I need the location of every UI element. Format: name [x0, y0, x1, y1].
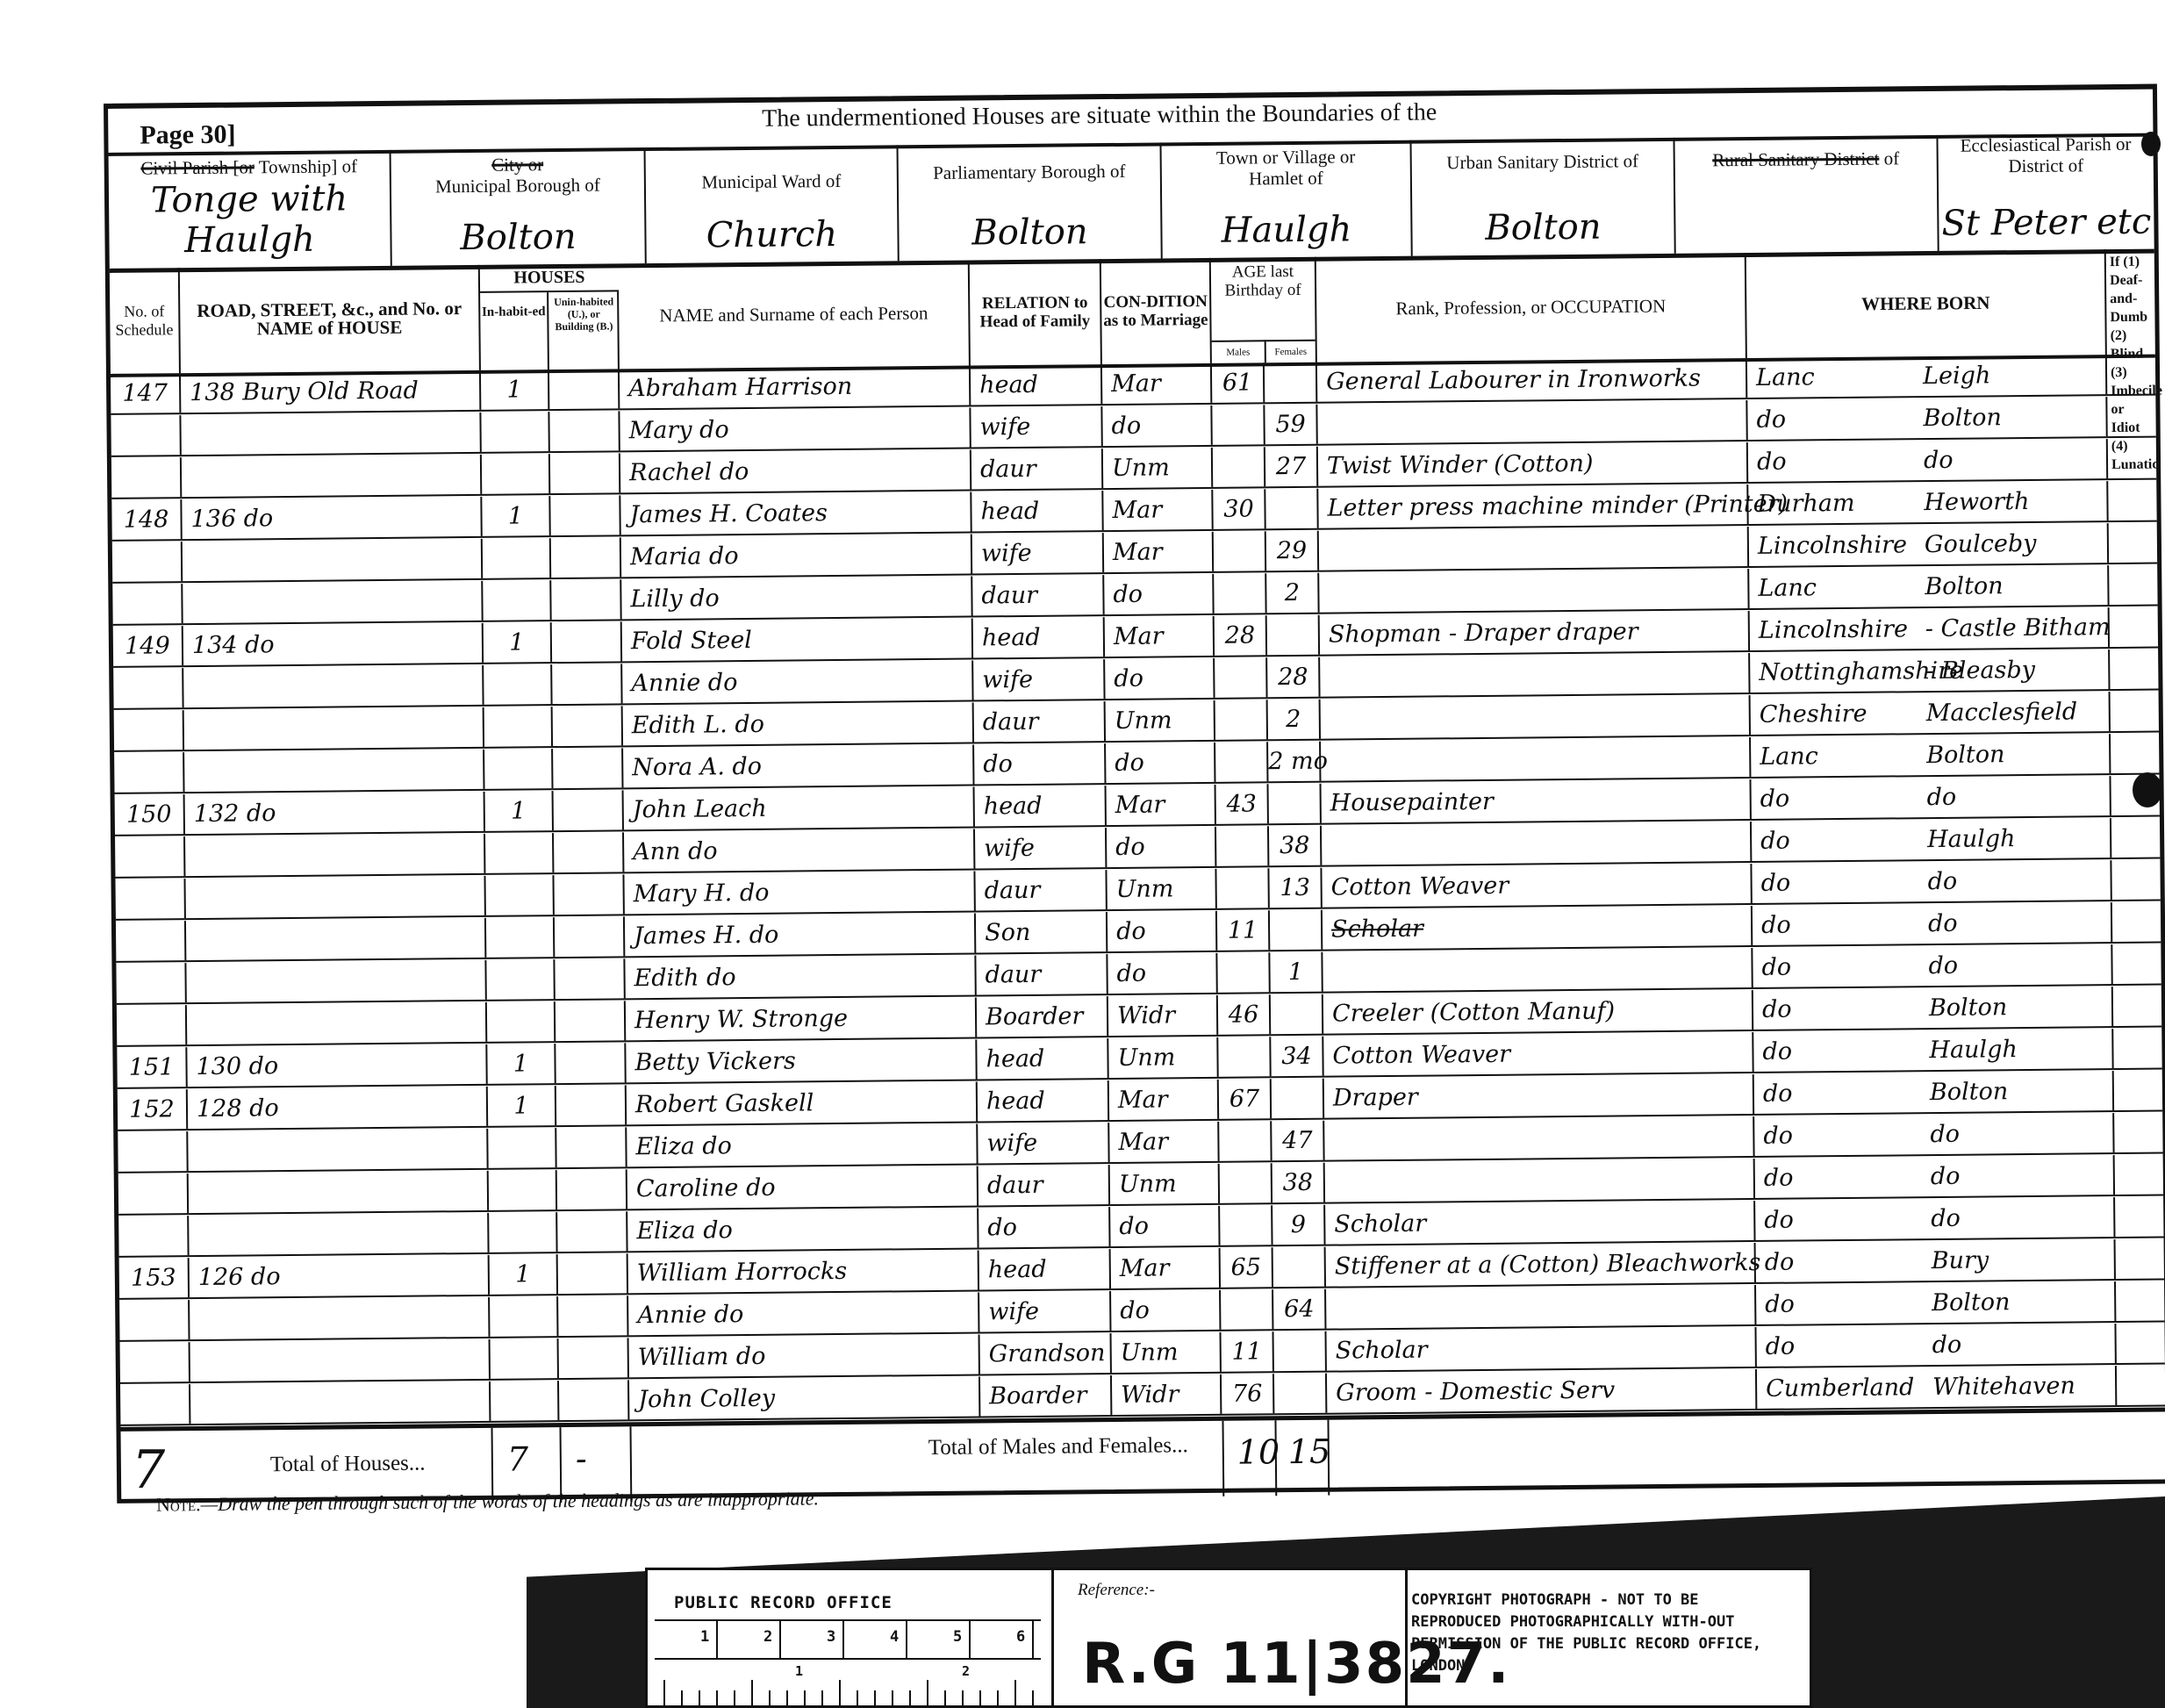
cell-road: [186, 918, 486, 960]
cell-condition: Mar: [1102, 363, 1212, 404]
ruler-number: 1: [700, 1628, 709, 1646]
cell-occupation: [1325, 1159, 1755, 1202]
cell-born-county: do: [1753, 1030, 1920, 1072]
cell-inhabited: [489, 1212, 557, 1252]
cell-born-place: Heworth: [1915, 481, 2108, 522]
cell-condition: Unm: [1112, 1332, 1222, 1373]
cell-condition: do: [1102, 405, 1212, 446]
header-road: ROAD, STREET, &c., and No. or NAME of HO…: [180, 265, 481, 373]
admin-label: Township] of: [259, 155, 358, 177]
admin-municipal-ward: Municipal Ward of Church: [646, 145, 900, 263]
cell-schedule: [113, 668, 183, 708]
cell-relation: head: [979, 1249, 1111, 1289]
ruler-number: 3: [827, 1628, 835, 1646]
cell-name: Nora A. do: [623, 745, 974, 788]
cell-born-place: Bolton: [1920, 987, 2113, 1028]
cell-female-age: [1267, 615, 1320, 656]
ruler-minor-tick: [716, 1690, 718, 1706]
cell-infirmity: [2111, 692, 2159, 732]
cell-schedule: [112, 584, 183, 624]
admin-label: of: [1884, 147, 1900, 169]
cell-inhabited: [489, 1170, 557, 1210]
ruler-minor-tick: [769, 1690, 771, 1706]
cell-uninhabited: [552, 621, 622, 662]
cell-inhabited: [486, 917, 555, 958]
cell-schedule: [119, 1300, 190, 1340]
cell-condition: do: [1108, 911, 1217, 951]
cell-occupation: Stiffener at a (Cotton) Bleachworks: [1326, 1243, 1756, 1287]
cell-inhabited: [490, 1296, 558, 1337]
cell-infirmity: [2110, 607, 2158, 648]
cell-relation: Son: [976, 912, 1108, 952]
cell-condition: do: [1107, 827, 1216, 867]
cell-born-county: Cumberland: [1757, 1367, 1924, 1409]
cell-road: 128 do: [188, 1087, 488, 1129]
cell-female-age: 59: [1265, 405, 1317, 445]
cell-infirmity: [2115, 1197, 2163, 1238]
cell-relation: wife: [978, 1123, 1109, 1163]
cell-born-place: - Castle Bitham: [1917, 607, 2110, 649]
cell-relation: Grandson: [980, 1333, 1112, 1374]
cell-born-place: do: [1915, 439, 2108, 480]
cell-uninhabited: [550, 453, 620, 493]
ruler-sub-number: 2: [962, 1663, 970, 1679]
ruler-tick: [779, 1621, 781, 1658]
admin-town-village: Town or Village or Hamlet of Haulgh: [1161, 140, 1412, 259]
cell-born-place: Macclesfield: [1918, 692, 2111, 733]
admin-value: Church: [646, 213, 897, 256]
cell-uninhabited: [556, 1085, 627, 1125]
admin-label: Town or Village or Hamlet of: [1162, 146, 1410, 190]
cell-relation: daur: [976, 954, 1108, 994]
cell-inhabited: 1: [485, 791, 554, 831]
cell-name: Edith L. do: [623, 703, 974, 746]
cell-infirmity: [2111, 776, 2159, 816]
cell-relation: Boarder: [980, 1375, 1112, 1416]
cell-road: [190, 1381, 491, 1424]
cell-born-place: do: [1918, 860, 2111, 901]
cell-infirmity: [2111, 860, 2160, 901]
cell-uninhabited: [553, 748, 623, 788]
cell-relation: daur: [974, 701, 1106, 742]
cell-born-county: do: [1747, 398, 1914, 440]
cell-female-age: [1265, 362, 1317, 403]
cell-infirmity: [2109, 565, 2157, 606]
cell-female-age: [1274, 1374, 1327, 1414]
cell-road: [187, 1002, 487, 1044]
admin-label: Municipal Ward of: [646, 169, 897, 193]
cell-female-age: 2: [1266, 573, 1319, 614]
ruler-minor-tick: [1014, 1680, 1016, 1706]
cell-relation: daur: [971, 449, 1103, 489]
cell-road: 138 Bury Old Road: [181, 370, 481, 413]
cell-male-age: [1215, 657, 1267, 698]
cell-relation: head: [971, 364, 1102, 405]
cell-condition: Mar: [1109, 1080, 1219, 1120]
cell-male-age: 65: [1221, 1247, 1273, 1288]
cell-female-age: [1271, 994, 1323, 1035]
cell-uninhabited: [558, 1253, 628, 1294]
cell-name: Eliza do: [627, 1123, 978, 1166]
total-houses-inhabited: 7: [507, 1439, 529, 1478]
cell-name: John Leach: [624, 787, 975, 830]
cell-road: [183, 665, 484, 707]
admin-rural-sanitary: Rural Sanitary District of: [1674, 135, 1939, 254]
total-houses-uninhabited: -: [576, 1439, 587, 1478]
cell-inhabited: [485, 833, 554, 873]
cell-female-age: 13: [1269, 868, 1322, 908]
cell-born-place: Bolton: [1916, 565, 2109, 606]
cell-born-county: do: [1756, 1241, 1923, 1282]
cell-name: Mary H. do: [624, 872, 975, 915]
cell-born-county: do: [1748, 441, 1915, 482]
cell-relation: daur: [972, 575, 1104, 615]
cell-schedule: [115, 836, 185, 877]
admin-label-struck: Rural Sanitary District: [1712, 148, 1879, 171]
cell-female-age: 28: [1267, 657, 1320, 698]
cell-female-age: 9: [1272, 1205, 1325, 1245]
cell-occupation: [1321, 737, 1751, 781]
header-age: AGE last Birthday of Males Females: [1211, 257, 1317, 363]
cell-born-county: Durham: [1748, 483, 1915, 524]
header-condition: CON-DITION as to Marriage: [1101, 258, 1212, 364]
admin-value: Bolton: [391, 216, 644, 259]
ruler-subscale: 12: [655, 1658, 1041, 1706]
scale-ruler: 12 123456: [655, 1619, 1041, 1704]
ruler-tick: [1032, 1621, 1034, 1658]
cell-uninhabited: [550, 495, 620, 535]
cell-schedule: [111, 415, 181, 456]
ruler-minor-tick: [857, 1690, 858, 1706]
cell-condition: Unm: [1103, 448, 1213, 488]
cell-relation: do: [974, 743, 1106, 784]
cell-male-age: [1217, 952, 1270, 993]
cell-born-place: do: [1919, 902, 2112, 944]
cell-uninhabited: [554, 790, 624, 830]
cell-inhabited: 1: [487, 1044, 556, 1084]
cell-occupation: [1322, 822, 1752, 865]
cell-infirmity: [2108, 481, 2156, 521]
cell-infirmity: [2113, 1029, 2161, 1069]
admin-value: Haulgh: [1162, 209, 1410, 252]
cell-inhabited: 1: [488, 1086, 556, 1126]
cell-name: Mary do: [620, 408, 971, 451]
total-males: 10: [1237, 1432, 1280, 1471]
cell-born-place: Haulgh: [1920, 1029, 2113, 1070]
cell-road: [182, 455, 482, 497]
cell-inhabited: [481, 412, 549, 452]
cell-occupation: Housepainter: [1322, 779, 1752, 823]
cell-name: Rachel do: [620, 450, 971, 493]
cell-female-age: 2 mo: [1268, 742, 1321, 782]
cell-uninhabited: [558, 1295, 628, 1336]
admin-value: Bolton: [1412, 206, 1674, 249]
cell-relation: wife: [972, 533, 1104, 573]
cell-condition: do: [1111, 1290, 1221, 1331]
cell-born-place: Whitehaven: [1924, 1366, 2117, 1407]
cell-road: [189, 1171, 489, 1213]
admin-parliamentary-borough: Parliamentary Borough of Bolton: [898, 142, 1162, 261]
cell-name: Fold Steel: [622, 619, 973, 662]
cell-born-county: do: [1755, 1199, 1922, 1240]
cell-born-place: - Bleasby: [1917, 649, 2110, 691]
cell-born-county: do: [1755, 1157, 1922, 1198]
cell-male-age: [1220, 1163, 1272, 1203]
admin-value: [1676, 244, 1938, 247]
cell-born-place: do: [1922, 1155, 2115, 1196]
census-sheet: Page 30] The undermentioned Houses are s…: [104, 84, 2165, 1503]
ruler-number: 5: [953, 1628, 962, 1646]
census-entries: 147138 Bury Old Road1Abraham Harrisonhea…: [111, 355, 2165, 1427]
cell-born-place: Bolton: [1921, 1071, 2114, 1112]
cell-schedule: [112, 542, 183, 582]
cell-female-age: [1273, 1247, 1326, 1288]
cell-schedule: [118, 1131, 188, 1172]
cell-road: [184, 707, 484, 750]
cell-name: Robert Gaskell: [627, 1081, 978, 1124]
cell-inhabited: [491, 1381, 559, 1421]
cell-uninhabited: [554, 832, 624, 872]
cell-born-place: Haulgh: [1918, 818, 2111, 859]
ruler-minor-tick: [699, 1690, 700, 1706]
cell-road: [185, 876, 485, 918]
cell-condition: Unm: [1107, 869, 1216, 909]
cell-uninhabited: [556, 1127, 627, 1167]
ruler-tick: [716, 1621, 718, 1658]
header-females: Females: [1266, 340, 1315, 363]
header-age-label: AGE last Birthday of: [1211, 262, 1315, 300]
cell-condition: do: [1104, 574, 1214, 614]
ruler-minor-tick: [997, 1690, 999, 1706]
cell-infirmity: [2116, 1281, 2164, 1322]
cell-born-place: do: [1921, 1113, 2114, 1154]
cell-male-age: [1215, 700, 1268, 740]
cell-occupation: [1323, 948, 1753, 992]
cell-uninhabited: [559, 1380, 629, 1420]
cell-infirmity: [2112, 902, 2161, 943]
cell-inhabited: [483, 538, 551, 578]
cell-born-county: do: [1751, 778, 1918, 819]
cell-uninhabited: [551, 537, 621, 578]
cell-uninhabited: [553, 706, 623, 746]
header-relation: RELATION to Head of Family: [970, 259, 1102, 365]
reference-label: Reference:-: [1078, 1581, 1155, 1600]
header-houses: HOUSES In-habit-ed Unin-habited (U.), or…: [480, 263, 620, 370]
admin-value: Tonge with Haulgh: [109, 178, 391, 262]
header-schedule: No. of Schedule: [110, 268, 181, 374]
cell-female-age: 1: [1270, 952, 1323, 993]
cell-born-county: Lanc: [1747, 356, 1914, 398]
cell-infirmity: [2117, 1366, 2165, 1406]
cell-male-age: [1218, 1037, 1271, 1077]
cell-born-county: Lanc: [1751, 736, 1918, 777]
total-persons-label: Total of Males and Females...: [928, 1433, 1188, 1460]
cell-born-county: do: [1752, 862, 1918, 903]
cell-male-age: 46: [1218, 994, 1271, 1035]
footnote-prefix: Note.: [156, 1493, 201, 1515]
ruler-number: 4: [890, 1628, 899, 1646]
admin-label: Parliamentary Borough of: [899, 160, 1160, 183]
cell-male-age: [1216, 868, 1269, 908]
cell-infirmity: [2107, 355, 2155, 395]
cell-infirmity: [2107, 397, 2155, 437]
cell-relation: wife: [975, 828, 1107, 868]
ruler-minor-tick: [663, 1680, 665, 1706]
cell-uninhabited: [551, 579, 621, 620]
cell-inhabited: [484, 707, 553, 747]
ruler-number: 2: [763, 1628, 772, 1646]
ruler-minor-tick: [681, 1690, 683, 1706]
cell-occupation: Scholar: [1325, 1201, 1755, 1245]
cell-condition: Mar: [1103, 490, 1213, 530]
ruler-minor-tick: [1032, 1690, 1034, 1706]
cell-relation: head: [975, 786, 1107, 826]
admin-municipal-borough: City orMunicipal Borough of Bolton: [391, 147, 647, 266]
cell-male-age: [1214, 573, 1266, 614]
cell-born-place: Leigh: [1914, 355, 2107, 396]
cell-female-age: 27: [1265, 447, 1318, 487]
cell-relation: head: [977, 1038, 1108, 1079]
cell-occupation: [1321, 695, 1751, 739]
cell-female-age: 2: [1268, 700, 1321, 740]
ruler-minor-tick: [909, 1690, 911, 1706]
cell-occupation: Letter press machine minder (Printer): [1318, 484, 1748, 528]
cell-born-county: Lincolnshire: [1749, 525, 1916, 566]
total-houses-label: Total of Houses...: [270, 1452, 426, 1478]
cell-schedule: [120, 1342, 190, 1382]
boundary-title: The undermentioned Houses are situate wi…: [762, 98, 1437, 133]
cell-infirmity: [2108, 439, 2156, 479]
cell-relation: wife: [979, 1291, 1111, 1331]
cell-uninhabited: [557, 1211, 627, 1252]
admin-value: Bolton: [899, 211, 1160, 254]
ruler-minor-tick: [979, 1690, 981, 1706]
cell-schedule: 151: [117, 1047, 187, 1087]
cell-born-county: do: [1754, 1073, 1921, 1114]
cell-born-county: do: [1756, 1283, 1923, 1324]
cell-schedule: 153: [119, 1258, 190, 1298]
cell-uninhabited: [559, 1338, 629, 1378]
cell-name: Edith do: [625, 955, 976, 998]
cell-road: [190, 1339, 491, 1381]
cell-infirmity: [2114, 1113, 2162, 1153]
cell-uninhabited: [552, 664, 622, 704]
cell-born-place: do: [1919, 944, 2112, 986]
copyright-notice: COPYRIGHT PHOTOGRAPH - NOT TO BE REPRODU…: [1411, 1590, 1797, 1677]
cell-schedule: [120, 1384, 190, 1425]
cell-occupation: Cotton Weaver: [1323, 1032, 1753, 1076]
admin-township: Civil Parish [or Township] of Tonge with…: [109, 150, 392, 269]
cell-relation: head: [971, 491, 1103, 531]
cell-road: [185, 834, 485, 876]
header-houses-label: HOUSES: [480, 263, 619, 293]
cell-born-county: do: [1753, 988, 1920, 1030]
admin-value: St Peter etc: [1939, 202, 2154, 244]
cell-infirmity: [2111, 818, 2160, 858]
cell-condition: Mar: [1105, 616, 1215, 657]
cell-occupation: [1326, 1285, 1756, 1329]
cell-male-age: [1221, 1289, 1273, 1330]
ruler-tick: [842, 1621, 844, 1658]
cell-male-age: [1216, 826, 1269, 866]
cell-relation: daur: [975, 870, 1107, 910]
cell-male-age: [1215, 742, 1268, 782]
cell-uninhabited: [549, 411, 620, 451]
cell-relation: head: [973, 617, 1105, 657]
cell-name: John Colley: [629, 1376, 980, 1419]
cell-occupation: [1319, 527, 1749, 571]
cell-name: William do: [629, 1334, 980, 1377]
cell-female-age: [1270, 910, 1323, 951]
header-where-born: WHERE BORN: [1746, 249, 2107, 358]
cell-female-age: [1273, 1331, 1326, 1372]
cell-name: Betty Vickers: [626, 1039, 977, 1082]
cell-road: [190, 1297, 490, 1339]
cell-schedule: 150: [115, 794, 185, 835]
cell-born-place: Goulceby: [1916, 523, 2109, 564]
admin-urban-sanitary: Urban Sanitary District of Bolton: [1411, 138, 1675, 256]
cell-born-place: Bolton: [1914, 397, 2107, 438]
cell-born-county: Nottinghamshire: [1750, 651, 1917, 693]
cell-uninhabited: [557, 1169, 627, 1209]
cell-name: Maria do: [621, 535, 972, 578]
cell-male-age: 43: [1216, 784, 1269, 824]
cell-name: Ann do: [624, 829, 975, 872]
cell-relation: wife: [971, 406, 1102, 447]
cell-condition: Widr: [1112, 1374, 1222, 1415]
cell-inhabited: [483, 580, 551, 621]
cell-relation: do: [979, 1207, 1110, 1247]
cell-relation: wife: [973, 659, 1105, 700]
cell-born-county: do: [1754, 1115, 1921, 1156]
cell-uninhabited: [556, 1043, 626, 1083]
cell-born-county: Lincolnshire: [1750, 609, 1917, 650]
cell-occupation: Shopman - Draper draper: [1320, 611, 1750, 655]
cell-schedule: [111, 457, 182, 498]
cell-name: Henry W. Stronge: [626, 997, 977, 1040]
admin-label: Ecclesiastical Parish or District of: [1938, 133, 2153, 177]
cell-road: [186, 960, 486, 1002]
cell-born-place: Bolton: [1923, 1281, 2116, 1323]
cell-condition: do: [1106, 743, 1215, 783]
ruler-minor-tick: [927, 1680, 928, 1706]
cell-schedule: [118, 1216, 189, 1256]
cell-road: [181, 413, 481, 455]
header-infirmity: If (1) Deaf-and-Dumb (2) Blind (3) Imbec…: [2106, 249, 2155, 355]
cell-infirmity: [2109, 523, 2157, 563]
cell-condition: Unm: [1110, 1164, 1220, 1204]
cell-male-age: 28: [1215, 615, 1267, 656]
ruler-minor-tick: [944, 1690, 946, 1706]
cell-infirmity: [2112, 944, 2161, 985]
cell-male-age: [1214, 531, 1266, 571]
ruler-tick: [969, 1621, 971, 1658]
cell-name: James H. Coates: [620, 492, 971, 535]
cell-occupation: Creeler (Cotton Manuf): [1323, 990, 1753, 1034]
cell-born-county: do: [1752, 820, 1918, 861]
cell-name: Eliza do: [627, 1208, 979, 1251]
cell-inhabited: [484, 749, 553, 789]
cell-schedule: [114, 752, 184, 793]
cell-inhabited: 1: [482, 496, 550, 536]
cell-infirmity: [2110, 649, 2158, 690]
cell-name: Lilly do: [621, 577, 972, 620]
cell-male-age: 76: [1222, 1374, 1274, 1414]
cell-name: Annie do: [628, 1292, 979, 1335]
header-uninhabited: Unin-habited (U.), or Building (B.): [550, 291, 620, 370]
ruler-minor-tick: [804, 1690, 806, 1706]
cell-born-county: Lanc: [1749, 567, 1916, 608]
